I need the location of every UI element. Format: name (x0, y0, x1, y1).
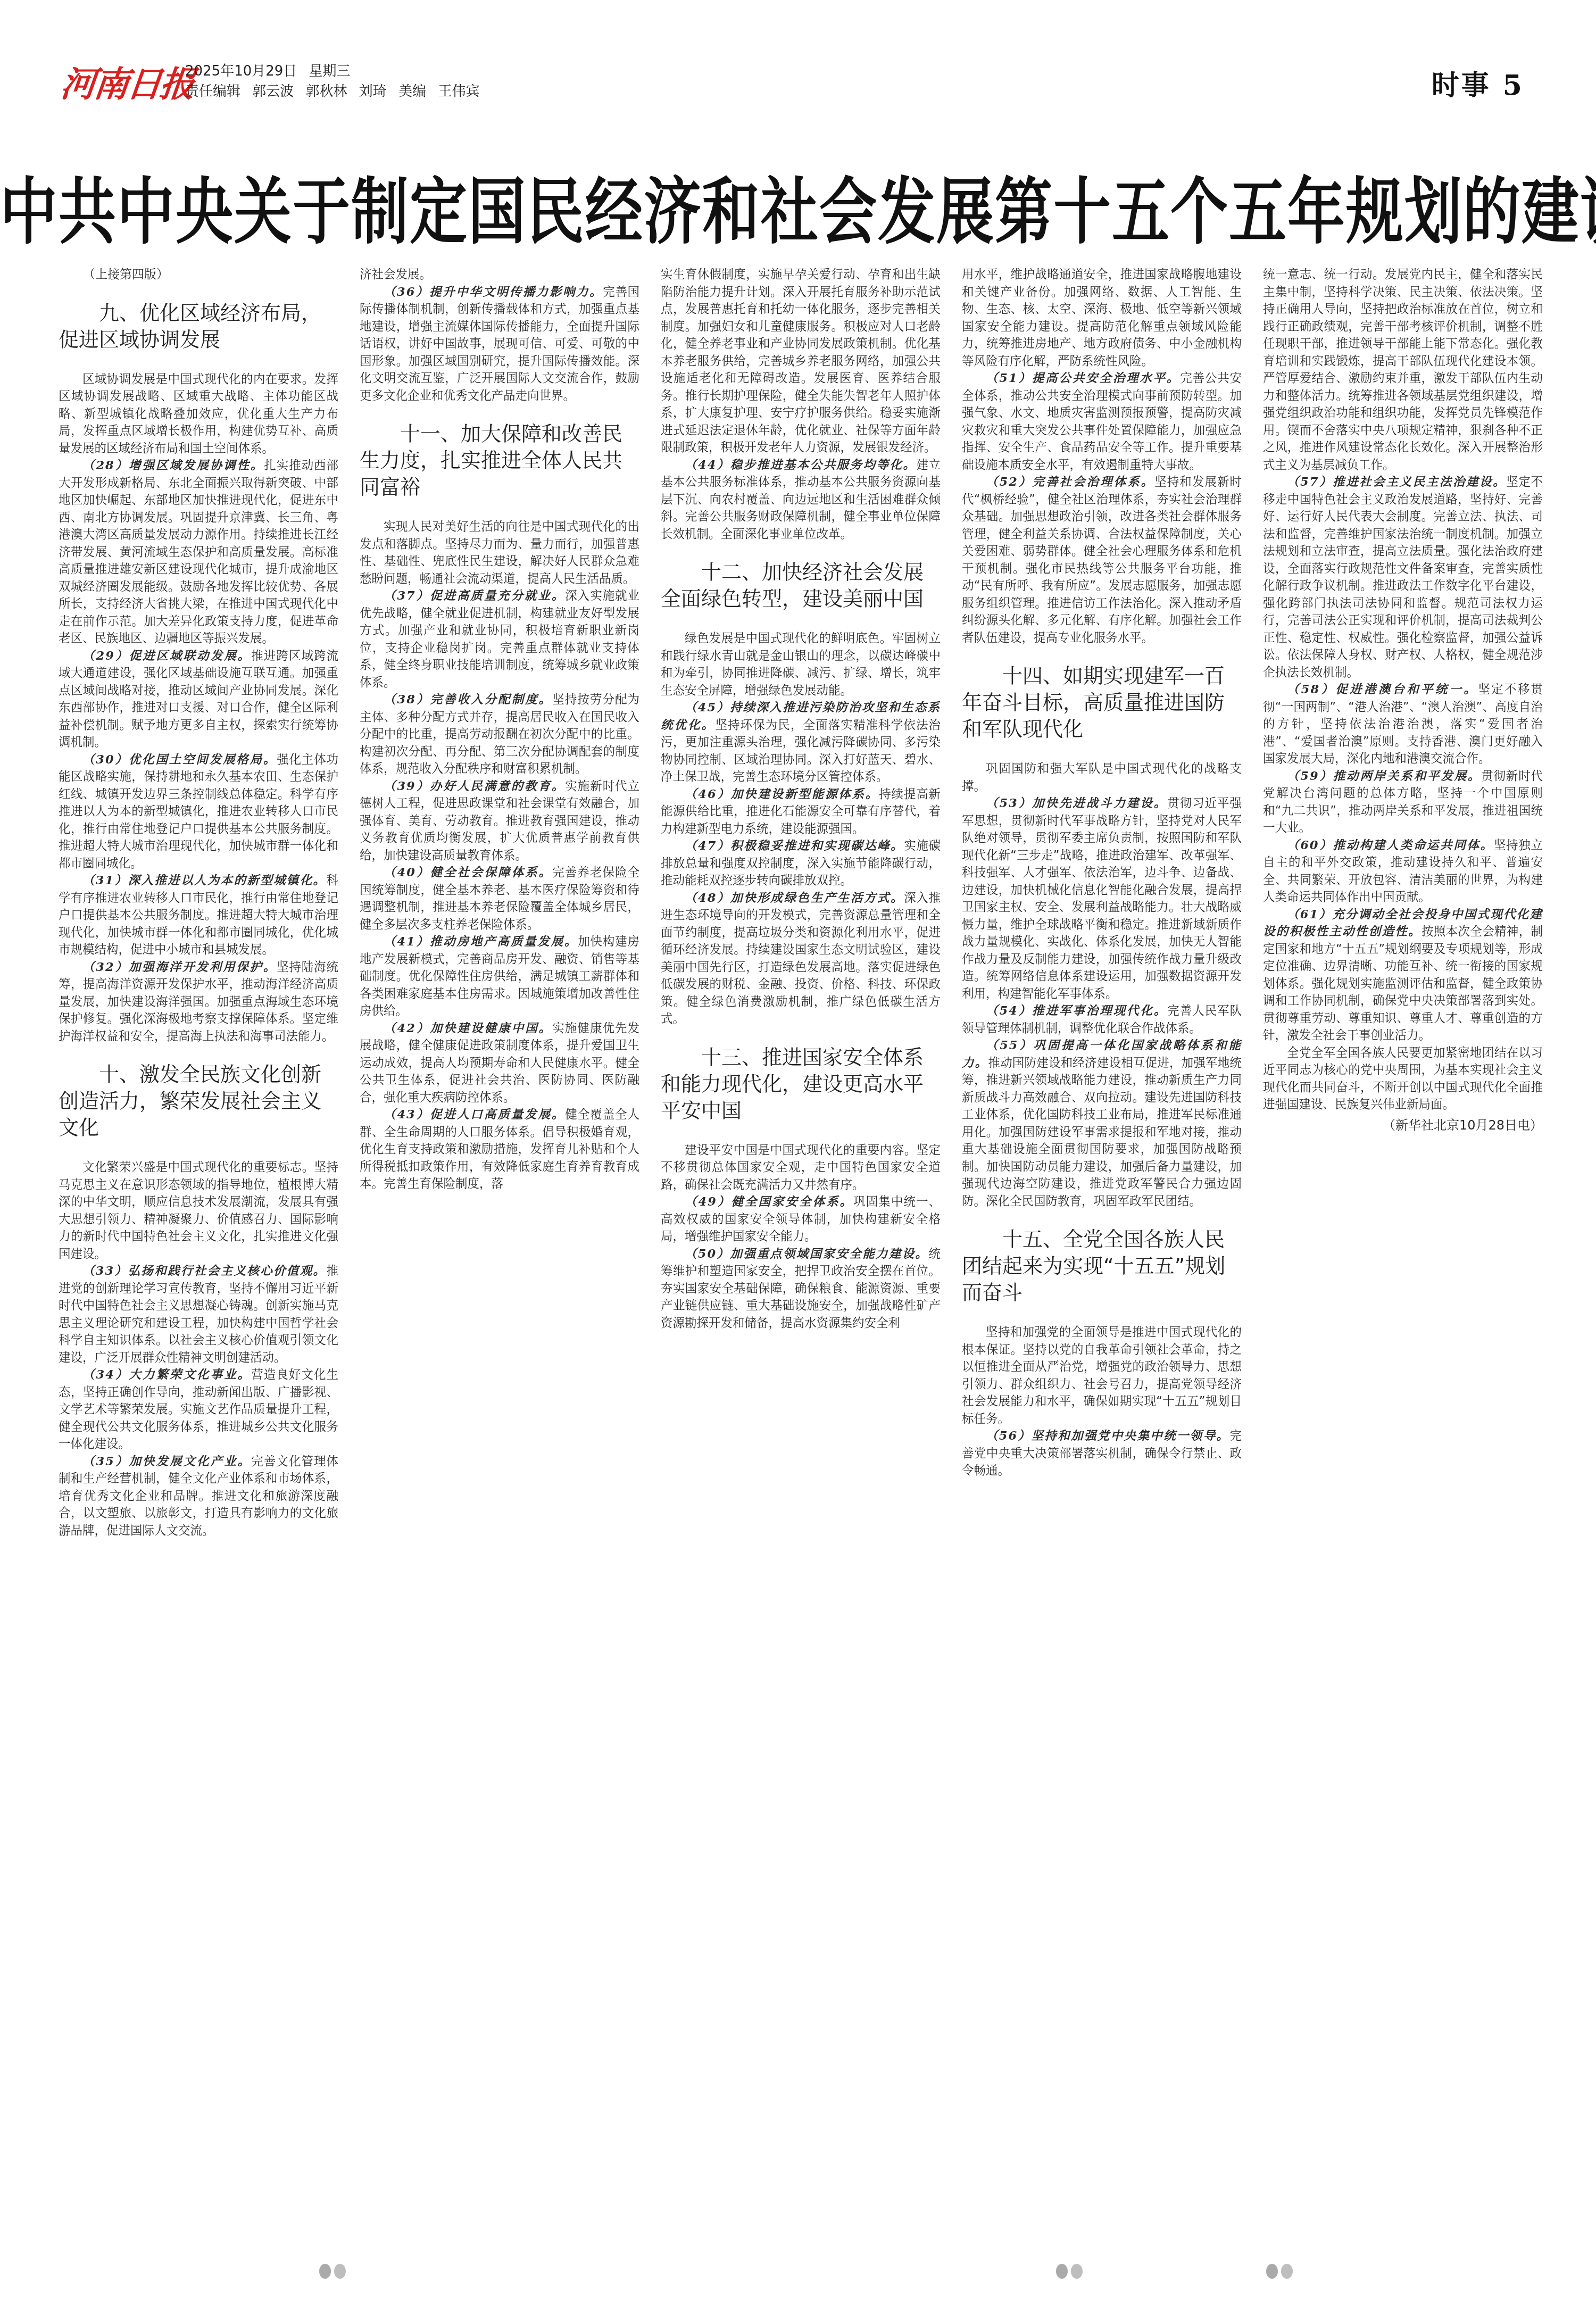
issue-date: 2025年10月29日 (185, 63, 297, 79)
dot-ornament (1071, 2264, 1083, 2279)
continued-paragraph: 济社会发展。 (360, 266, 639, 284)
dot-ornament (319, 2264, 331, 2279)
paragraph: （41）推动房地产高质量发展。加快构建房地产发展新模式，完善商品房开发、融资、销… (360, 933, 639, 1020)
paragraph-text: 文化繁荣兴盛是中国式现代化的重要标志。坚持马克思主义在意识形态领域的指导地位，植… (59, 1160, 338, 1261)
clause-title: （43）促进人口高质量发展。 (384, 1108, 565, 1122)
paragraph: （40）健全社会保障体系。完善养老保险全国统筹制度，健全基本养老、基本医疗保险筹… (360, 864, 639, 933)
paragraph-text: 全党全军全国各族人民要更加紧密地团结在以习近平同志为核心的党中央周围，为基本实现… (1263, 1046, 1543, 1112)
paragraph: 文化繁荣兴盛是中国式现代化的重要标志。坚持马克思主义在意识形态领域的指导地位，植… (59, 1159, 338, 1263)
clause-title: （38）完善收入分配制度。 (384, 693, 552, 707)
clause-title: （53）加快先进战斗力建设。 (986, 796, 1167, 810)
clause-title: （31）深入推进以人为本的新型城镇化。 (82, 874, 326, 887)
paragraph: （53）加快先进战斗力建设。贯彻习近平强军思想，贯彻新时代军事战略方针，坚持党对… (962, 795, 1242, 1002)
paragraph-text: 区域协调发展是中国式现代化的内在要求。发挥区域协调发展战略、区域重大战略、主体功… (59, 372, 338, 455)
paragraph: （42）加快建设健康中国。实施健康优先发展战略，健全健康促进政策制度体系，提升爱… (360, 1020, 639, 1107)
paragraph: （45）持续深入推进污染防治攻坚和生态系统优化。坚持环保为民，全面落实精准科学依… (661, 699, 941, 786)
paragraph: 区域协调发展是中国式现代化的内在要求。发挥区域协调发展战略、区域重大战略、主体功… (59, 371, 338, 458)
editor-name: 郭云波 (252, 84, 294, 99)
newspaper-logo: 河南日报 (59, 56, 196, 106)
clause-title: （47）积极稳妥推进和实现碳达峰。 (685, 839, 904, 853)
paragraph: （44）稳步推进基本公共服务均等化。建立基本公共服务标准体系，推动基本公共服务资… (661, 456, 941, 543)
paragraph: （36）提升中华文明传播力影响力。完善国际传播体制机制，创新传播载体和方式，加强… (360, 284, 639, 405)
clause-title: （59）推动两岸关系和平发展。 (1287, 769, 1481, 783)
paragraph: 实现人民对美好生活的向往是中国式现代化的出发点和落脚点。坚持尽力而为、量力而行，… (360, 518, 639, 587)
page-headline: 中共中央关于制定国民经济和社会发展第十五个五年规划的建议 (0, 154, 1596, 258)
paragraph-text: 绿色发展是中国式现代化的鲜明底色。牢固树立和践行绿水青山就是金山银山的理念，以碳… (661, 632, 941, 698)
paragraph-text: 巩固国防和强大军队是中国式现代化的战略支撑。 (962, 762, 1242, 793)
article-column: （上接第四版）九、优化区域经济布局，促进区域协调发展区域协调发展是中国式现代化的… (59, 266, 338, 2277)
paragraph: （57）推进社会主义民主法治建设。坚定不移走中国特色社会主义政治发展道路，坚持好… (1263, 474, 1543, 681)
paragraph: （31）深入推进以人为本的新型城镇化。科学有序推进农业转移人口市民化，推行由常住… (59, 872, 338, 959)
paragraph: （54）推进军事治理现代化。完善人民军队领导管理体制机制，调整优化联合作战体系。 (962, 1002, 1242, 1037)
paragraph: （59）推动两岸关系和平发展。贯彻新时代党解决台湾问题的总体方略，坚持一个中国原… (1263, 768, 1543, 837)
clause-title: （52）完善社会治理体系。 (986, 475, 1154, 489)
article-column: 济社会发展。（36）提升中华文明传播力影响力。完善国际传播体制机制，创新传播载体… (360, 266, 639, 2277)
dot-ornament (1266, 2264, 1278, 2279)
paragraph: 全党全军全国各族人民要更加紧密地团结在以习近平同志为核心的党中央周围，为基本实现… (1263, 1044, 1543, 1114)
paragraph-text: 扎实推动西部大开发形成新格局、东北全面振兴取得新突破、中部地区加快崛起、东部地区… (59, 459, 338, 645)
paragraph-text: 推进党的创新理论学习宣传教育，坚持不懈用习近平新时代中国特色社会主义思想凝心铸魂… (59, 1264, 338, 1365)
clause-title: （36）提升中华文明传播力影响力。 (384, 285, 603, 299)
clause-title: （35）加快发展文化产业。 (82, 1455, 251, 1468)
paragraph: （50）加强重点领域国家安全能力建设。统筹维护和塑造国家安全，把捍卫政治安全摆在… (661, 1246, 941, 1332)
clause-title: （37）促进高质量充分就业。 (384, 589, 565, 603)
paragraph: （48）加快形成绿色生产生活方式。深入推进生态环境导向的开发模式，完善资源总量管… (661, 890, 941, 1028)
paragraph: 坚持和加强党的全面领导是推进中国式现代化的根本保证。坚持以党的自我革命引领社会革… (962, 1324, 1242, 1427)
clause-title: （32）加强海洋开发利用保护。 (82, 960, 277, 974)
paragraph-text: 深入实施就业优先战略，健全就业促进机制，构建就业友好型发展方式。加强产业和就业协… (360, 589, 639, 690)
clause-title: （57）推进社会主义民主法治建设。 (1287, 475, 1506, 489)
paragraph: 建设平安中国是中国式现代化的重要内容。坚定不移贯彻总体国家安全观，走中国特色国家… (661, 1142, 941, 1194)
paragraph-text: 推动国防建设和经济建设相互促进，加强军地统筹，推进新兴领域战略能力建设，推动新质… (962, 1056, 1242, 1208)
clause-title: （29）促进区域联动发展。 (82, 649, 251, 663)
clause-title: （58）促进港澳台和平统一。 (1287, 683, 1478, 696)
page-section-label: 时事 5 (1432, 63, 1524, 103)
paragraph: （32）加强海洋开发利用保护。坚持陆海统筹，提高海洋资源开发保护水平，推动海洋经… (59, 959, 338, 1045)
paragraph: （28）增强区域发展协调性。扎实推动西部大开发形成新格局、东北全面振兴取得新突破… (59, 457, 338, 647)
clause-title: （42）加快建设健康中国。 (384, 1022, 552, 1035)
clause-title: （51）提高公共安全治理水平。 (986, 371, 1180, 385)
article-column: 统一意志、统一行动。发展党内民主，健全和落实民主集中制，坚持科学决策、民主决策、… (1263, 266, 1543, 2277)
article-body: （上接第四版）九、优化区域经济布局，促进区域协调发展区域协调发展是中国式现代化的… (59, 266, 1543, 2277)
editor-credits: 责任编辑 郭云波 郭秋林 刘琦 美编 王伟宾 (185, 81, 487, 102)
clause-title: （41）推动房地产高质量发展。 (384, 935, 578, 949)
issue-meta: 2025年10月29日 星期三 责任编辑 郭云波 郭秋林 刘琦 美编 王伟宾 (185, 61, 487, 102)
paragraph: （38）完善收入分配制度。坚持按劳分配为主体、多种分配方式并存，提高居民收入在国… (360, 691, 639, 778)
paragraph: （37）促进高质量充分就业。深入实施就业优先战略，健全就业促进机制，构建就业友好… (360, 587, 639, 691)
page-end-dots-left (319, 2264, 346, 2279)
paragraph: （33）弘扬和践行社会主义核心价值观。推进党的创新理论学习宣传教育，坚持不懈用习… (59, 1263, 338, 1366)
clause-title: （56）坚持和加强党中央集中统一领导。 (986, 1429, 1229, 1443)
paragraph-text: 实现人民对美好生活的向往是中国式现代化的出发点和落脚点。坚持尽力而为、量力而行，… (360, 520, 639, 586)
clause-title: （60）推动构建人类命运共同体。 (1287, 838, 1494, 852)
section-heading: 十三、推进国家安全体系和能力现代化，建设更高水平平安中国 (661, 1044, 941, 1124)
paragraph: （29）促进区域联动发展。推进跨区域跨流域大通道建设，强化区域基础设施互联互通。… (59, 647, 338, 751)
paragraph-text: 坚定不移走中国特色社会主义政治发展道路，坚持好、完善好、运行好人民代表大会制度。… (1263, 475, 1543, 679)
paragraph-text: 完善国际传播体制机制，创新传播载体和方式，加强重点基地建设，增强主流媒体国际传播… (360, 285, 639, 403)
issue-weekday: 星期三 (309, 63, 351, 79)
continued-paragraph: 用水平，维护战略通道安全，推进国家战略腹地建设和关键产业备份。加强网络、数据、人… (962, 266, 1242, 370)
paragraph: （51）提高公共安全治理水平。完善公共安全体系，推动公共安全治理模式向事前预防转… (962, 370, 1242, 474)
paragraph: （60）推动构建人类命运共同体。坚持独立自主的和平外交政策，推动建设持久和平、普… (1263, 837, 1543, 906)
paragraph: （58）促进港澳台和平统一。坚定不移贯彻“一国两制”、“港人治港”、“澳人治澳”… (1263, 681, 1543, 768)
paragraph: 绿色发展是中国式现代化的鲜明底色。牢固树立和践行绿水青山就是金山银山的理念，以碳… (661, 630, 941, 699)
paragraph: （55）巩固提高一体化国家战略体系和能力。推动国防建设和经济建设相互促进，加强军… (962, 1037, 1242, 1210)
section-heading: 十二、加快经济社会发展全面绿色转型，建设美丽中国 (661, 559, 941, 612)
clause-title: （33）弘扬和践行社会主义核心价值观。 (82, 1264, 326, 1278)
clause-title: （44）稳步推进基本公共服务均等化。 (685, 458, 917, 472)
paragraph-text: 强化主体功能区战略实施，保持耕地和永久基本农田、生态保护红线、城镇开发边界三条控… (59, 753, 338, 870)
section-heading: 十五、全党全国各族人民团结起来为实现“十五五”规划而奋斗 (962, 1226, 1242, 1306)
paragraph: （52）完善社会治理体系。坚持和发展新时代“枫桥经验”，健全社区治理体系，夯实社… (962, 474, 1242, 646)
dot-ornament (334, 2264, 346, 2279)
paragraph: （49）健全国家安全体系。巩固集中统一、高效权威的国家安全领导体制，加快构建新安… (661, 1193, 941, 1246)
page-number: 5 (1503, 69, 1524, 102)
clause-title: （50）加强重点领域国家安全能力建设。 (685, 1247, 928, 1261)
continued-paragraph: 统一意志、统一行动。发展党内民主，健全和落实民主集中制，坚持科学决策、民主决策、… (1263, 266, 1543, 474)
paragraph-text: 坚持和发展新时代“枫桥经验”，健全社区治理体系，夯实社会治理群众基础。加强思想政… (962, 475, 1242, 645)
clause-title: （30）优化国土空间发展格局。 (82, 753, 277, 767)
section-heading: 九、优化区域经济布局，促进区域协调发展 (59, 300, 338, 353)
paragraph: （39）办好人民满意的教育。实施新时代立德树人工程，促进思政课堂和社会课堂有效融… (360, 778, 639, 865)
paragraph: （30）优化国土空间发展格局。强化主体功能区战略实施，保持耕地和永久基本农田、生… (59, 751, 338, 873)
issue-date-row: 2025年10月29日 星期三 (185, 61, 487, 81)
clause-title: （49）健全国家安全体系。 (685, 1195, 853, 1209)
designer-label: 美编 (398, 84, 426, 99)
page-end-dots-right (1266, 2264, 1293, 2279)
clause-title: （39）办好人民满意的教育。 (384, 779, 565, 793)
paragraph: 巩固国防和强大军队是中国式现代化的战略支撑。 (962, 760, 1242, 795)
paragraph-text: 建设平安中国是中国式现代化的重要内容。坚定不移贯彻总体国家安全观，走中国特色国家… (661, 1143, 941, 1192)
dot-ornament (1056, 2264, 1068, 2279)
clause-title: （40）健全社会保障体系。 (384, 866, 552, 879)
section-name: 时事 (1432, 69, 1491, 102)
paragraph: （56）坚持和加强党中央集中统一领导。完善党中央重大决策部署落实机制，确保令行禁… (962, 1427, 1242, 1480)
dot-ornament (1281, 2264, 1293, 2279)
paragraph-text: 推进跨区域跨流域大通道建设，强化区域基础设施互联互通。加强重点区域间战略对接，推… (59, 649, 338, 750)
paragraph: （43）促进人口高质量发展。健全覆盖全人群、全生命周期的人口服务体系。倡导积极婚… (360, 1106, 639, 1193)
paragraph: （46）加快建设新型能源体系。持续提高新能源供给比重，推进化石能源安全可靠有序替… (661, 786, 941, 838)
paragraph: （34）大力繁荣文化事业。营造良好文化生态，坚持正确创作导向，推动新闻出版、广播… (59, 1366, 338, 1453)
editor-name: 刘琦 (359, 84, 387, 99)
page-end-dots-mid (1056, 2264, 1083, 2279)
paragraph: （47）积极稳妥推进和实现碳达峰。实施碳排放总量和强度双控制度，深入实施节能降碳… (661, 837, 941, 890)
section-heading: 十一、加大保障和改善民生力度，扎实推进全体人民共同富裕 (360, 420, 639, 500)
clause-title: （48）加快形成绿色生产生活方式。 (685, 891, 904, 905)
paragraph-text: 坚持和加强党的全面领导是推进中国式现代化的根本保证。坚持以党的自我革命引领社会革… (962, 1325, 1242, 1426)
section-heading: 十四、如期实现建军一百年奋斗目标，高质量推进国防和军队现代化 (962, 662, 1242, 742)
article-column: 实生育休假制度，实施早孕关爱行动、孕育和出生缺陷防治能力提升计划。深入开展托育服… (661, 266, 941, 2277)
dateline-signoff: （新华社北京10月28日电） (1263, 1117, 1543, 1134)
continued-from-note: （上接第四版） (83, 266, 338, 284)
section-heading: 十、激发全民族文化创新创造活力，繁荣发展社会主义文化 (59, 1061, 338, 1141)
designer-name: 王伟宾 (438, 84, 479, 99)
paragraph: （35）加快发展文化产业。完善文化管理体制和生产经营机制，健全文化产业体系和市场… (59, 1453, 338, 1540)
masthead: 河南日报 2025年10月29日 星期三 责任编辑 郭云波 郭秋林 刘琦 美编 … (0, 0, 1596, 101)
paragraph: （61）充分调动全社会投身中国式现代化建设的积极性主动性创造性。按照本次全会精神… (1263, 906, 1543, 1044)
editor-name: 郭秋林 (306, 84, 347, 99)
clause-title: （34）大力繁荣文化事业。 (82, 1368, 251, 1382)
clause-title: （28）增强区域发展协调性。 (82, 459, 264, 472)
paragraph-text: 贯彻习近平强军思想，贯彻新时代军事战略方针，坚持党对人民军队绝对领导，贯彻军委主… (962, 796, 1242, 1001)
paragraph-text: 深入推进生态环境导向的开发模式，完善资源总量管理和全面节约制度，提高垃圾分类和资… (661, 891, 941, 1026)
paragraph-text: 按照本次全会精神，制定国家和地方“十五五”规划纲要及专项规划等，形成定位准确、边… (1263, 925, 1543, 1042)
clause-title: （54）推进军事治理现代化。 (986, 1004, 1167, 1018)
clause-title: （46）加快建设新型能源体系。 (685, 787, 879, 801)
article-column: 用水平，维护战略通道安全，推进国家战略腹地建设和关键产业备份。加强网络、数据、人… (962, 266, 1242, 2277)
continued-paragraph: 实生育休假制度，实施早孕关爱行动、孕育和出生缺陷防治能力提升计划。深入开展托育服… (661, 266, 941, 456)
paragraph-text: 完善公共安全体系，推动公共安全治理模式向事前预防转型。加强气象、水文、地质灾害监… (962, 371, 1242, 472)
editors-label: 责任编辑 (185, 84, 240, 99)
